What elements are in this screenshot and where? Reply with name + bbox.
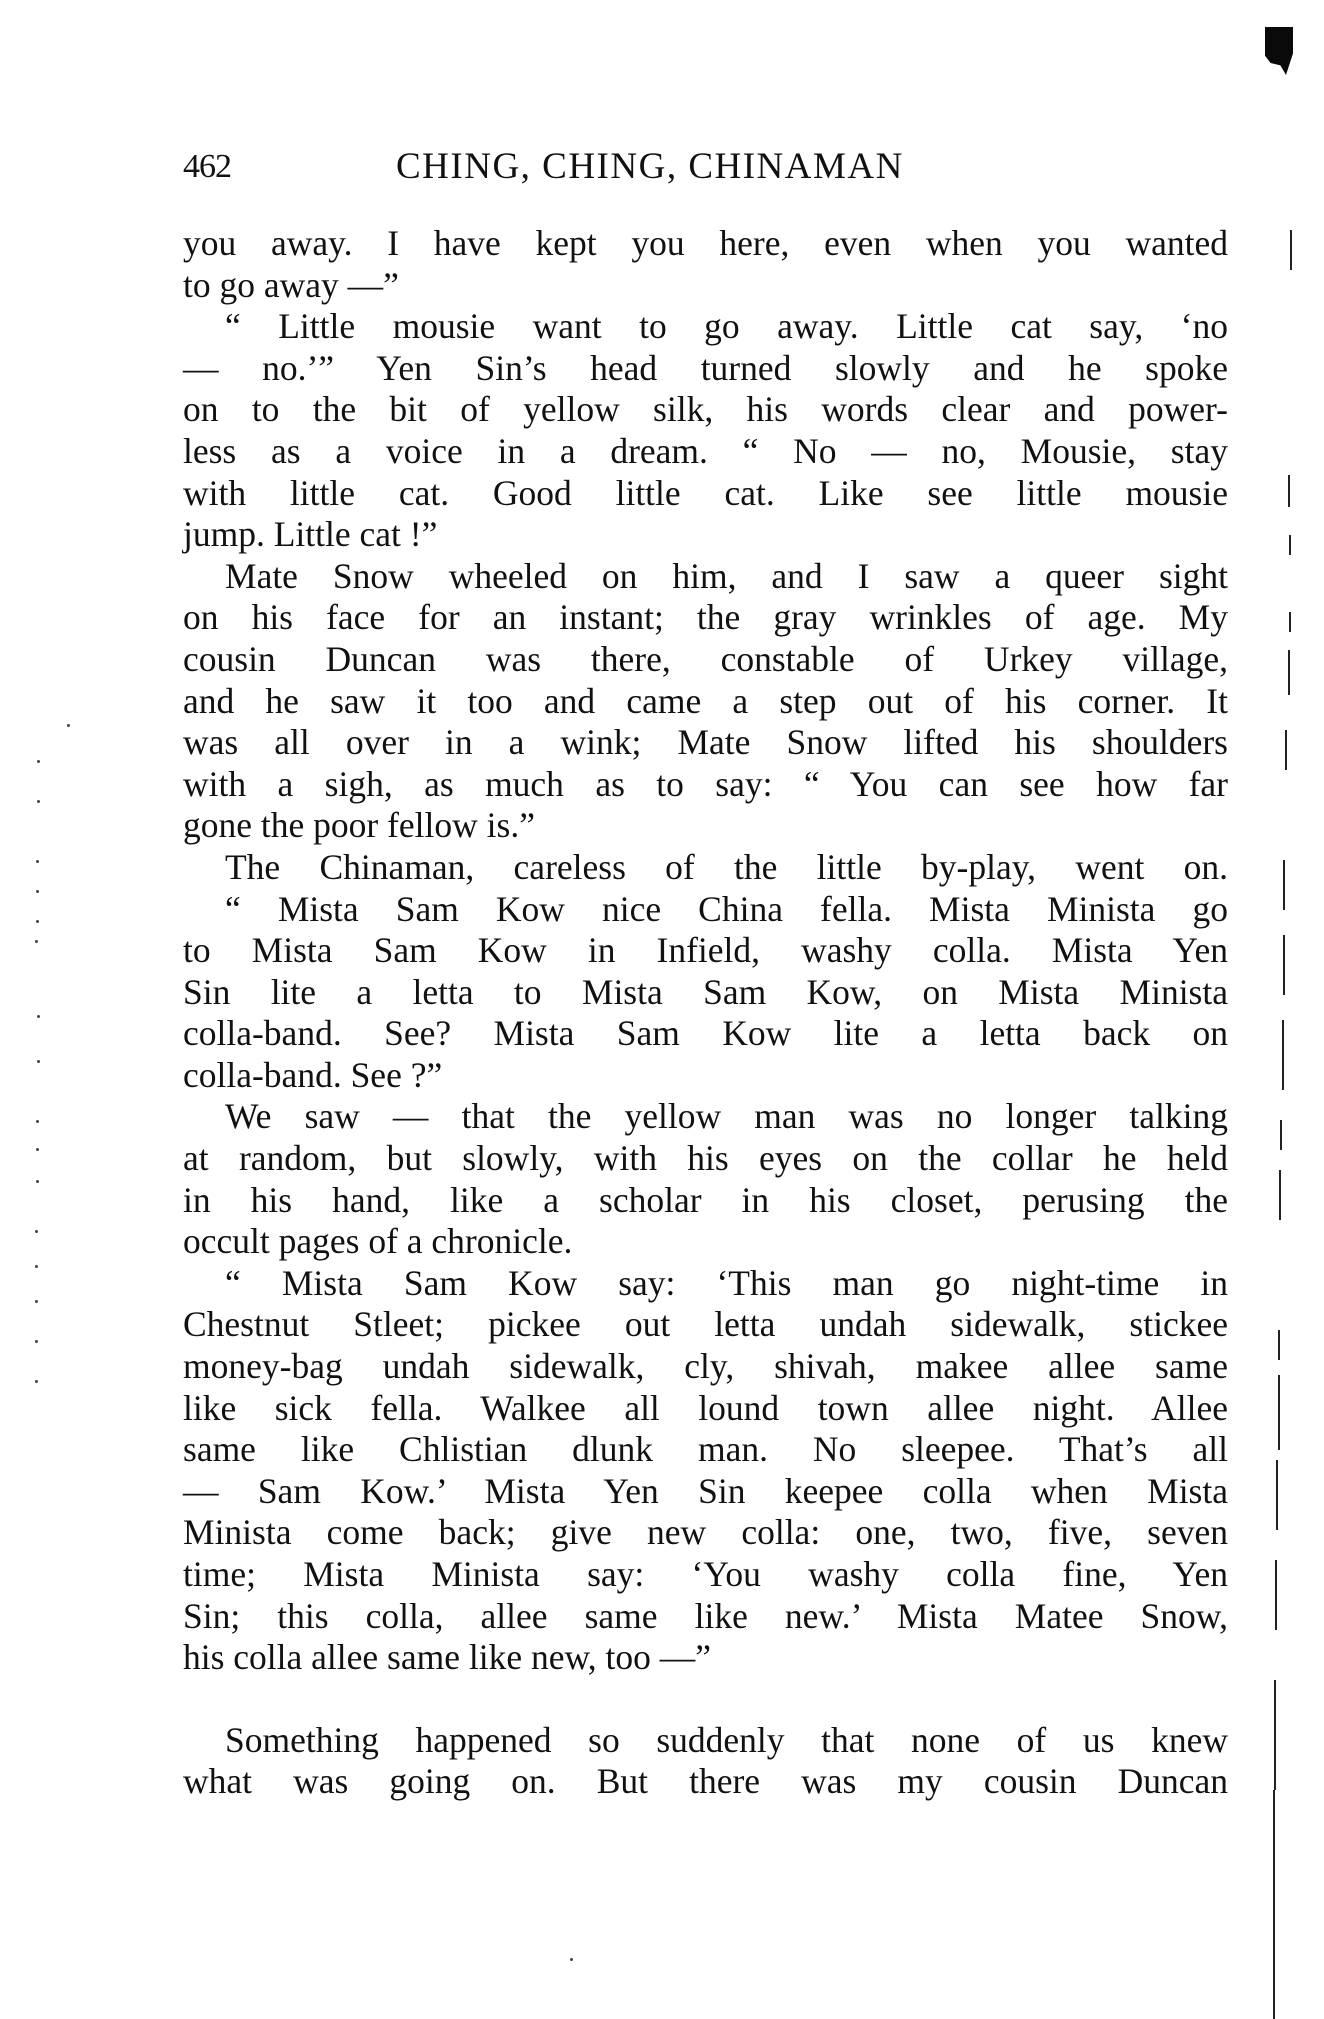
text-line: occult pages of a chronicle. [183, 1221, 1228, 1263]
text-line: Minista come back; give new colla: one, … [183, 1512, 1228, 1554]
text-line: money-bag undah sidewalk, cly, shivah, m… [183, 1346, 1228, 1388]
text-line: “ Mista Sam Kow say: ‘This man go night-… [183, 1263, 1228, 1305]
page-edge-line [1288, 650, 1290, 695]
text-line: less as a voice in a dream. “ No — no, M… [183, 431, 1228, 473]
text-line: his colla allee same like new, too —” [183, 1637, 1228, 1679]
margin-speck [37, 1015, 40, 1018]
text-line: was all over in a wink; Mate Snow lifted… [183, 722, 1228, 764]
margin-speck [36, 1148, 39, 1151]
text-line: on his face for an instant; the gray wri… [183, 597, 1228, 639]
margin-speck [37, 1060, 40, 1063]
page-edge-line [1282, 1020, 1284, 1090]
text-line: We saw — that the yellow man was no long… [183, 1096, 1228, 1138]
text-line: on to the bit of yellow silk, his words … [183, 389, 1228, 431]
margin-speck [37, 760, 40, 763]
margin-speck [37, 800, 40, 803]
page-edge-line [1285, 730, 1287, 770]
text-line: time; Mista Minista say: ‘You washy coll… [183, 1554, 1228, 1596]
page-edge-line [1283, 935, 1285, 995]
margin-speck [36, 920, 39, 923]
text-line: like sick fella. Walkee all lound town a… [183, 1388, 1228, 1430]
text-line: The Chinaman, careless of the little by-… [183, 847, 1228, 889]
page-edge-line [1283, 860, 1285, 910]
margin-speck [35, 1300, 38, 1303]
text-line: you away. I have kept you here, even whe… [183, 223, 1228, 265]
text-line: — no.’” Yen Sin’s head turned slowly and… [183, 348, 1228, 390]
body-text: you away. I have kept you here, even whe… [183, 223, 1228, 1803]
margin-speck [67, 724, 70, 727]
page-edge-line [1273, 1790, 1275, 2019]
page-edge-line [1278, 1330, 1280, 1360]
page-edge-line [1274, 1680, 1276, 1790]
text-line: same like Chlistian dlunk man. No sleepe… [183, 1429, 1228, 1471]
text-line: “ Little mousie want to go away. Little … [183, 306, 1228, 348]
text-line: Something happened so suddenly that none… [183, 1720, 1228, 1762]
page-edge-ink-mark [1265, 27, 1293, 75]
margin-speck [36, 890, 39, 893]
text-line: to Mista Sam Kow in Infield, washy colla… [183, 930, 1228, 972]
page-edge-line [1289, 612, 1291, 632]
text-line: “ Mista Sam Kow nice China fella. Mista … [183, 889, 1228, 931]
page-edge-line [1276, 1460, 1278, 1530]
text-line: Sin; this colla, allee same like new.’ M… [183, 1596, 1228, 1638]
page-number: 462 [183, 143, 231, 191]
text-line: with a sigh, as much as to say: “ You ca… [183, 764, 1228, 806]
running-head: 462 CHING, CHING, CHINAMAN [183, 143, 1228, 191]
margin-speck [35, 940, 38, 943]
text-line: jump. Little cat !” [183, 514, 1228, 556]
text-line: gone the poor fellow is.” [183, 805, 1228, 847]
margin-speck [35, 1340, 38, 1343]
page-edge-line [1275, 1560, 1277, 1630]
page-edge-line [1278, 1375, 1280, 1450]
text-line: and he saw it too and came a step out of… [183, 681, 1228, 723]
margin-speck [35, 1265, 38, 1268]
text-line: to go away —” [183, 265, 1228, 307]
text-line: — Sam Kow.’ Mista Yen Sin keepee colla w… [183, 1471, 1228, 1513]
text-line: colla-band. See ?” [183, 1055, 1228, 1097]
text-line: in his hand, like a scholar in his close… [183, 1180, 1228, 1222]
text-line: what was going on. But there was my cous… [183, 1761, 1228, 1803]
margin-speck [35, 1230, 38, 1233]
page-edge-line [1288, 475, 1290, 507]
text-line: Chestnut Stleet; pickee out letta undah … [183, 1304, 1228, 1346]
book-page: 462 CHING, CHING, CHINAMAN you away. I h… [0, 0, 1324, 2019]
margin-speck [570, 1958, 573, 1961]
text-line: with little cat. Good little cat. Like s… [183, 473, 1228, 515]
text-line: cousin Duncan was there, constable of Ur… [183, 639, 1228, 681]
margin-speck [36, 1180, 39, 1183]
text-line: at random, but slowly, with his eyes on … [183, 1138, 1228, 1180]
margin-speck [36, 860, 39, 863]
running-title: CHING, CHING, CHINAMAN [396, 143, 904, 191]
text-line: colla-band. See? Mista Sam Kow lite a le… [183, 1013, 1228, 1055]
text-line: Mate Snow wheeled on him, and I saw a qu… [183, 556, 1228, 598]
margin-speck [35, 1380, 38, 1383]
page-edge-line [1280, 1120, 1282, 1150]
text-line: Sin lite a letta to Mista Sam Kow, on Mi… [183, 972, 1228, 1014]
margin-speck [36, 1120, 39, 1123]
page-edge-line [1289, 535, 1291, 555]
page-edge-line [1279, 1170, 1281, 1220]
page-edge-line [1290, 230, 1292, 270]
